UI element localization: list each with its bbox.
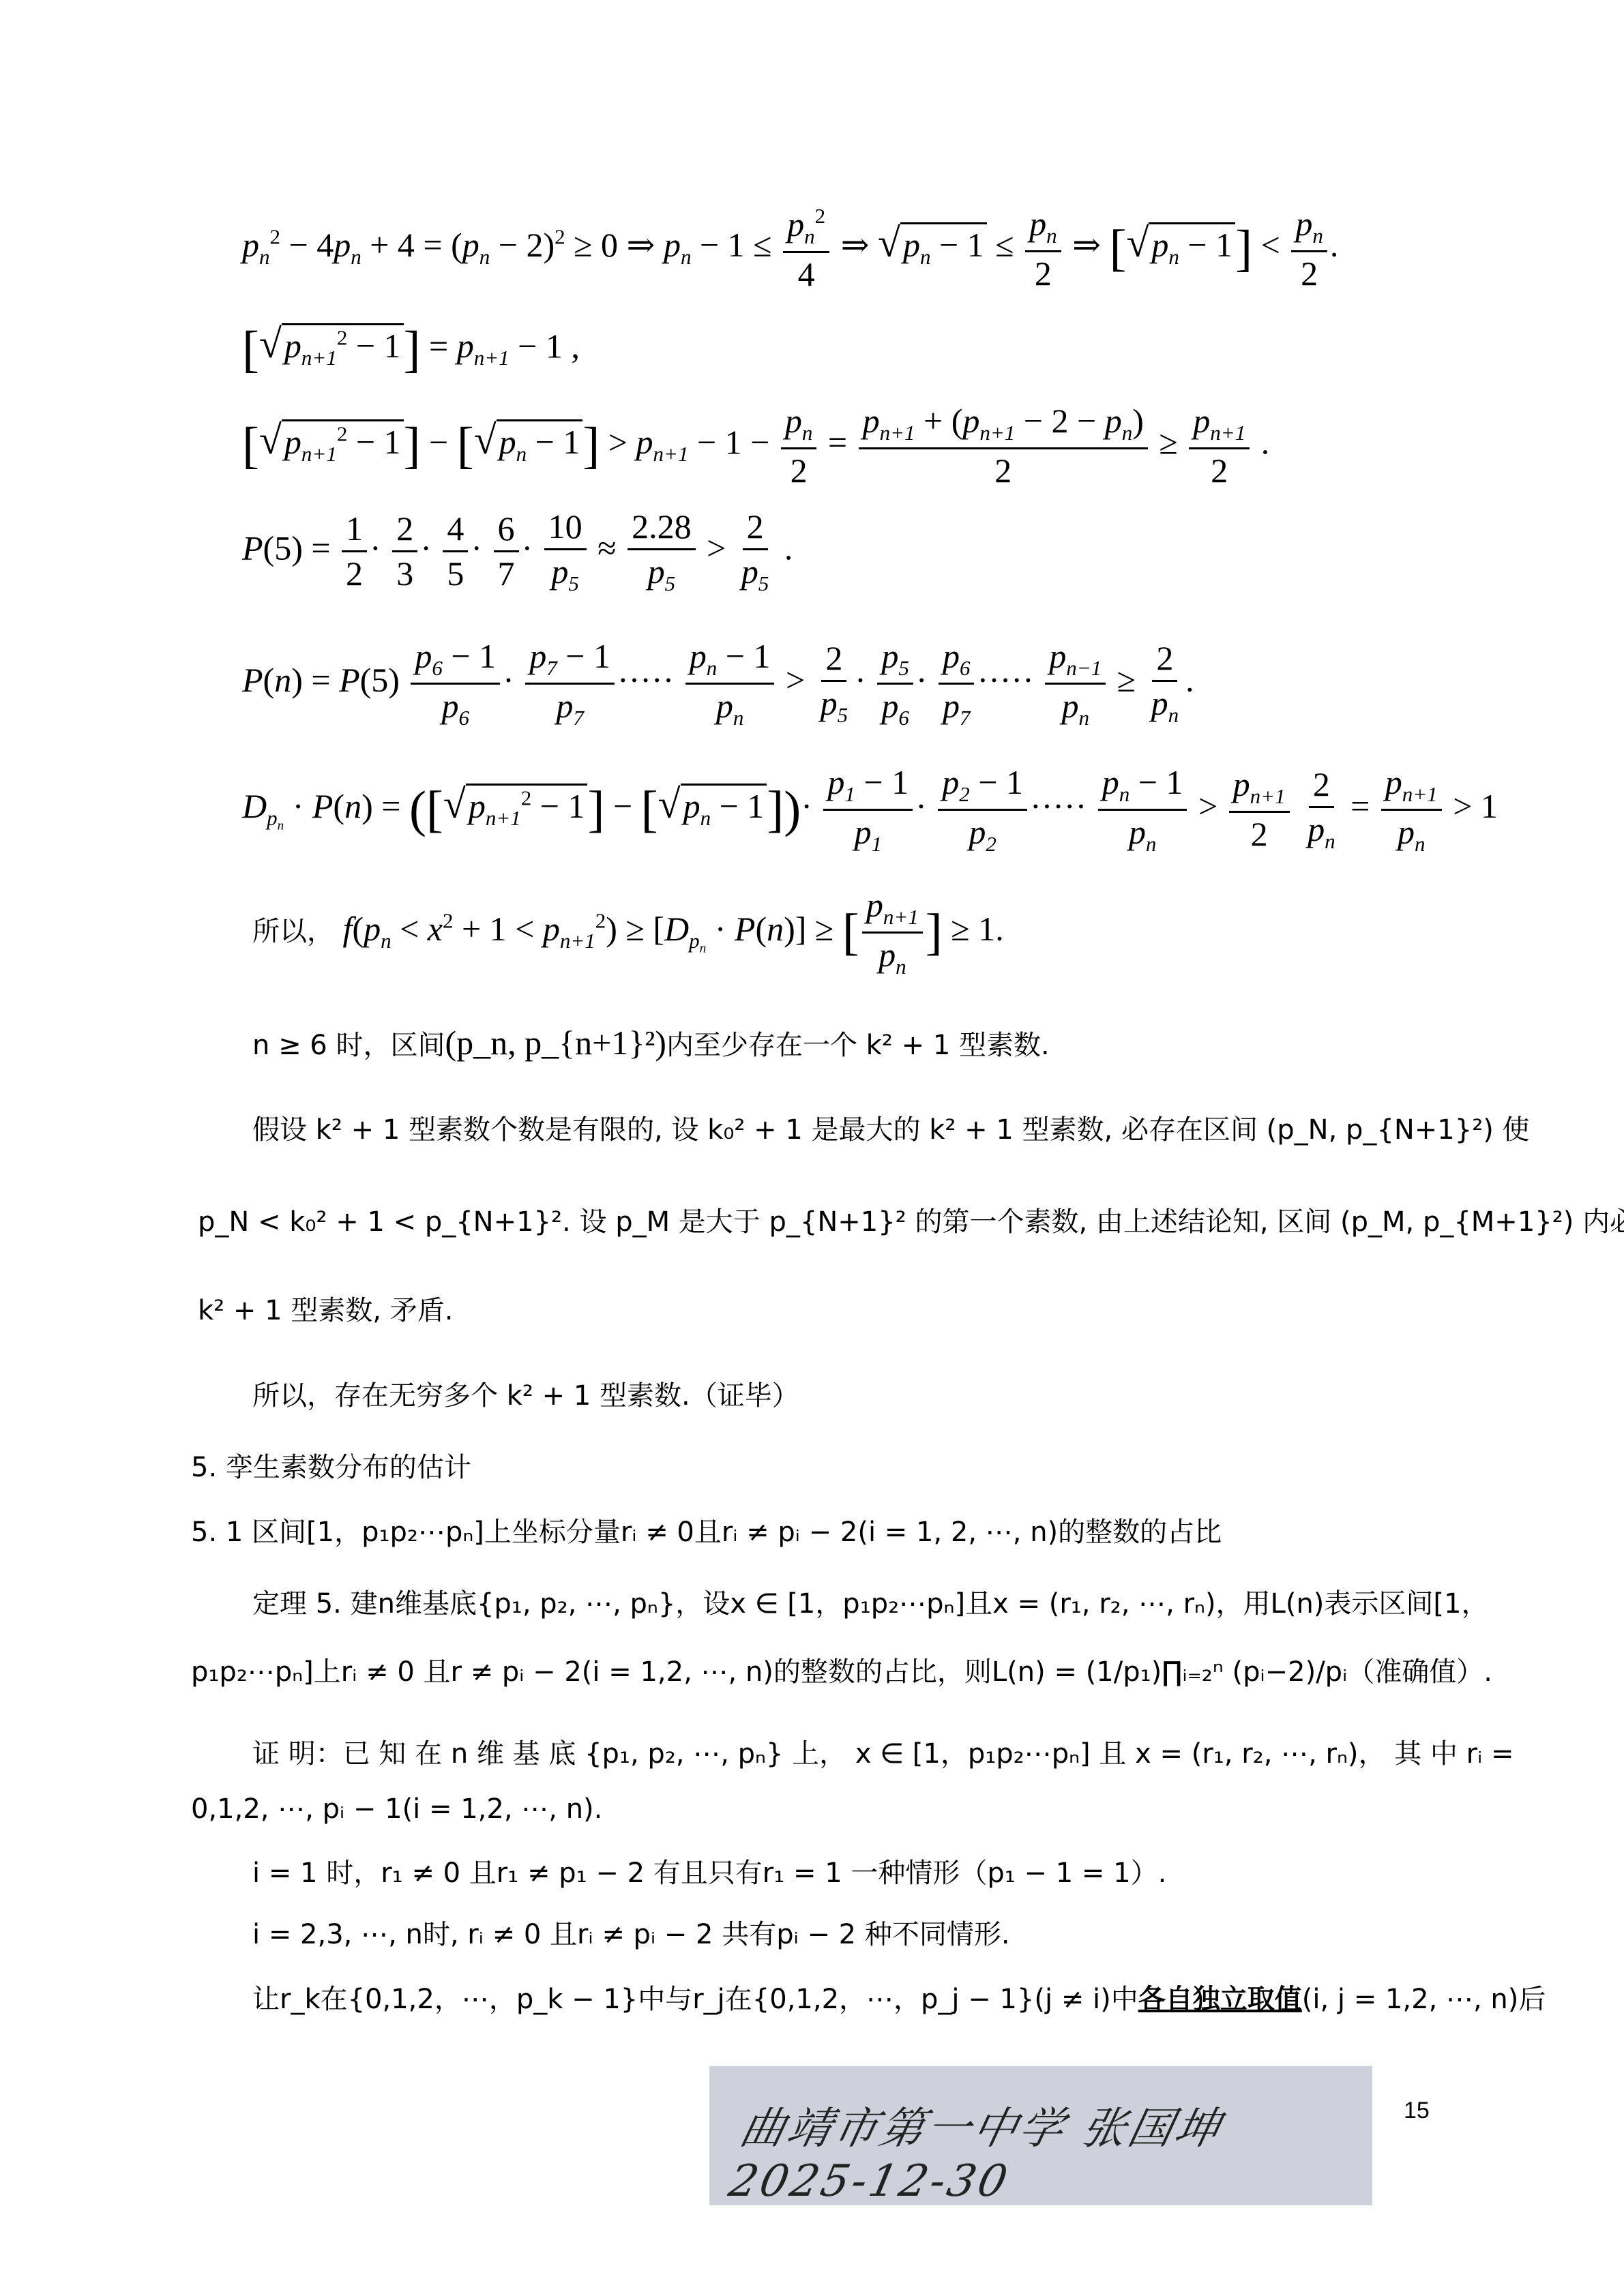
therefore-label: 所以， [252, 916, 334, 947]
proof-line-2: 0,1,2, ⋯, pᵢ − 1(i = 1,2, ⋯, n). [191, 1793, 602, 1825]
eq1-frac-pn2-over-4: pn24 [783, 205, 829, 293]
n-ge-6-statement: n ≥ 6 时，区间(p_n, p_{n+1}²)内至少存在一个 k² + 1 … [252, 1023, 1050, 1062]
eq1-frac-pn-over-2b: pn2 [1291, 205, 1327, 293]
assume-line-2: p_N < k₀² + 1 < p_{N+1}². 设 p_M 是大于 p_{N… [198, 1200, 1624, 1239]
eq1-floor-sqrt: √pn − 1 [1126, 220, 1235, 269]
n6-suffix: 内至少存在一个 k² + 1 型素数. [666, 1030, 1050, 1061]
n6-prefix: n ≥ 6 时，区间 [252, 1030, 445, 1061]
equation-3: [√pn+12 − 1] − [√pn − 1] > pn+1 − 1 − pn… [242, 402, 1269, 490]
section-title: 5. 孪生素数分布的估计 [191, 1446, 471, 1485]
proof-line-1: 证 明：已 知 在 n 维 基 底 {p₁, p₂, ⋯, pₙ} 上， x ∈… [252, 1732, 1514, 1771]
handwritten-signature-image: 曲靖市第一中学 张国坤 2025-12-30 [709, 2066, 1372, 2205]
eq1-frac-pn-over-2: pn2 [1025, 205, 1061, 293]
eq1-sqrt: √pn − 1 [878, 220, 987, 269]
qed-line: 所以，存在无穷多个 k² + 1 型素数.（证毕） [252, 1374, 799, 1413]
theorem-line-2: p₁p₂⋯pₙ]上rᵢ ≠ 0 且r ≠ pᵢ − 2(i = 1,2, ⋯, … [191, 1650, 1492, 1689]
equation-4: P(5) = 12· 23· 45· 67· 10p5 ≈ 2.28p5 > 2… [242, 508, 793, 595]
equation-5: P(n) = P(5) p6 − 1p6· p7 − 1p7····· pn −… [242, 638, 1194, 730]
equation-2: [√pn+12 − 1] = pn+1 − 1 , [242, 320, 580, 379]
proof-line-3: i = 1 时，r₁ ≠ 0 且r₁ ≠ p₁ − 2 有且只有r₁ = 1 一… [252, 1851, 1166, 1890]
theorem-line-1: 定理 5. 建n维基底{p₁, p₂, ⋯, pₙ}，设x ∈ [1，p₁p₂⋯… [252, 1582, 1488, 1621]
signature-text: 曲靖市第一中学 张国坤 2025-12-30 [724, 2093, 1372, 2205]
n6-interval: (p_n, p_{n+1}²) [445, 1024, 666, 1062]
proof-line-5: 让r_k在{0,1,2，⋯，p_k − 1}中与r_j在{0,1,2，⋯，p_j… [252, 1978, 1546, 2016]
equation-6: Dpn · P(n) = ([√pn+12 − 1] − [√pn − 1])·… [242, 764, 1498, 856]
assume-line-1: 假设 k² + 1 型素数个数是有限的, 设 k₀² + 1 是最大的 k² +… [252, 1108, 1530, 1147]
assume-line-3: k² + 1 型素数, 矛盾. [198, 1289, 453, 1328]
equation-1: pn2 − 4pn + 4 = (pn − 2)2 ≥ 0 ⇒ pn − 1 ≤… [242, 205, 1338, 293]
subsection-title: 5. 1 区间[1，p₁p₂⋯pₙ]上坐标分量rᵢ ≠ 0且rᵢ ≠ pᵢ − … [191, 1510, 1222, 1549]
conclusion-formula-line: 所以， f(pn < x2 + 1 < pn+12) ≥ [Dpn · P(n)… [252, 886, 1004, 979]
proof-line-4: i = 2,3, ⋯, n时, rᵢ ≠ 0 且rᵢ ≠ pᵢ − 2 共有pᵢ… [252, 1913, 1010, 1952]
page-number: 15 [1404, 2098, 1430, 2124]
proof-line-5-post: (i, j = 1,2, ⋯, n)后 [1302, 1984, 1546, 2015]
proof-line-5-pre: 让r_k在{0,1,2，⋯，p_k − 1}中与r_j在{0,1,2，⋯，p_j… [252, 1984, 1138, 2015]
eq1-lhs: pn2 − 4pn + 4 = (pn − 2)2 ≥ 0 ⇒ pn − 1 ≤ [242, 226, 780, 264]
independent-values-emphasis: 各自独立取值 [1138, 1984, 1302, 2015]
